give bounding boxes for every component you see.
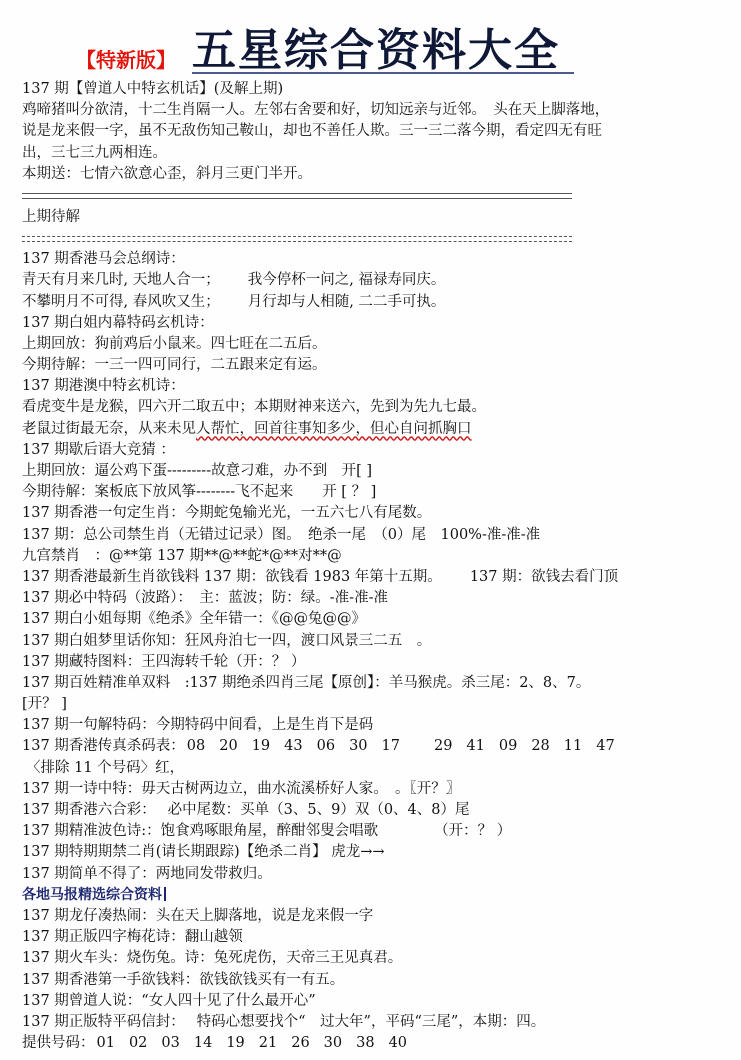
fax-number: 11 (564, 736, 582, 757)
fax-kill-table: 137 期香港传真杀码表：08201943063017294109281147 (22, 736, 737, 757)
gangao-line: 老鼠过街最无奈，从来未见人帮忙，回首往事知多少，但心自问抓胸口 (22, 419, 737, 440)
provided-number: 02 (129, 1033, 147, 1054)
fax-number: 30 (349, 736, 367, 757)
edition-badge: 【特新版】 (76, 44, 176, 73)
fax-heading: 137 期香港传真杀码表： (22, 736, 185, 757)
fax-number: 08 (187, 736, 205, 757)
provide-label: 提供号码： (22, 1033, 95, 1054)
hk-latest: 137 期香港最新生肖欲钱料 137 期：欲钱看 1983 年第十五期。137 … (22, 567, 737, 588)
hk-mark6: 137 期香港六合彩： 必中尾数：买单（3、5、9）双（0、4、8）尾 (22, 800, 737, 821)
gangao-heading: 137 期港澳中特玄机诗： (22, 376, 737, 397)
poem-half: 月行却与人相随, 二二手可执。 (248, 294, 446, 310)
provided-number: 26 (291, 1033, 309, 1054)
xiehouyu-heading: 137 期歇后语大竞猜 ： (22, 440, 737, 461)
hk-one-sentence: 137 期香港一句定生肖：今期蛇兔输光光，一五六七八有尾数。 (22, 503, 737, 524)
hk-latest-a: 137 期香港最新生肖欲钱料 137 期：欲钱看 1983 年第十五期。 (22, 569, 442, 585)
provided-numbers: 提供号码：01020314192126303840 (22, 1033, 737, 1054)
fax-note: 〈排除 11 个号码〉红， (22, 758, 737, 779)
poem-half: 我今停杯一问之, 福禄寿同庆。 (248, 272, 446, 288)
wave-poem-text: 137 期精准波色诗:：饱食鸡啄眼角屋，醉酣邻叟会唱歌 (22, 823, 378, 839)
hk-jockey-line: 青天有月来几时, 天地人合一；我今停杯一问之, 福禄寿同庆。 (22, 270, 737, 291)
ban-two: 137 期特期期禁二肖(请长期跟踪)【绝杀二肖】 虎龙→→ (22, 842, 737, 863)
baixing-open: [开？ ] (22, 694, 737, 715)
intro-heading: 137 期【曾道人中特玄机话】(及解上期) (22, 79, 737, 100)
double-separator (22, 185, 737, 206)
intro-poem-line: 出，三七三九两相连。 (22, 143, 737, 164)
selected-item: 137 期正版特平码信封： 特码心想要找个“ 过大年”，平码“三尾”，本期：四。 (22, 1012, 737, 1033)
nine-palace: 九宫禁肖 ：@**第 137 期**@**蛇*@**对**@ (22, 546, 737, 567)
spellcheck-underlined-text: 人帮忙，回首往事知多少，但心自问抓胸口 (196, 421, 472, 437)
fax-number: 20 (219, 736, 237, 757)
document-page: 【特新版】 五星综合资料大全 137 期【曾道人中特玄机话】(及解上期) 鸡啼猪… (0, 0, 741, 1060)
poem-hit: 137 期一诗中特：毋天古树两边立，曲水流溪桥好人家。 。〖开？〗 (22, 779, 737, 800)
provided-number: 19 (226, 1033, 244, 1054)
one-sentence-code: 137 期一句解特码：今期特码中间看，上是生肖下是码 (22, 715, 737, 736)
section-previous-title: 上期待解 (22, 207, 737, 228)
simple: 137 期简单不得了：两地同发带救归。 (22, 864, 737, 885)
hk-latest-b: 137 期：欲钱去看门顶 (470, 569, 618, 585)
poem-half: 不攀明月不可得, 春风吹又生； (22, 294, 220, 310)
section-selected-heading: 各地马报精选综合资料 (22, 885, 737, 906)
title-underline (192, 72, 574, 74)
baixing: 137 期百姓精准单双料 :137 期绝杀四肖三尾【原创】：羊马猴虎。杀三尾：2… (22, 673, 737, 694)
fax-number: 47 (596, 736, 614, 757)
company-ban: 137 期：总公司禁生肖（无错过记录）图。 绝杀一尾 （0）尾 100%-准-准… (22, 525, 737, 546)
hidden-chart: 137 期藏特图料：王四海转千轮（开：？ ） (22, 652, 737, 673)
wave-poem: 137 期精准波色诗:：饱食鸡啄眼角屋，醉酣邻叟会唱歌（开：？ ） (22, 821, 737, 842)
wave-poem-open: （开：？ ） (434, 823, 511, 839)
selected-item: 137 期火车头：烧伤兔。诗：兔死虎伤，天帝三王见真君。 (22, 948, 737, 969)
bai-heading: 137 期白姐内幕特码玄机诗： (22, 313, 737, 334)
fax-number: 19 (252, 736, 270, 757)
xiehouyu-prev: 上期回放：逼公鸡下蛋---------故意刁难，办不到 开[ ] (22, 461, 737, 482)
page-title: 五星综合资料大全 (192, 28, 560, 74)
xiehouyu-now: 今期待解：案板底下放风筝--------飞不起来 开 [ ？ ] (22, 482, 737, 503)
fax-number: 06 (317, 736, 335, 757)
intro-poem-line: 鸡啼猪叫分欲清，十二生肖隔一人。左邻右舍要和好，切知远亲与近邻。 头在天上脚落地… (22, 100, 737, 121)
provided-number: 40 (389, 1033, 407, 1054)
fax-number: 28 (531, 736, 549, 757)
section-selected-title: 各地马报精选综合资料 (22, 887, 162, 903)
fax-number: 43 (284, 736, 302, 757)
provided-number: 03 (161, 1033, 179, 1054)
fax-number: 29 (434, 736, 452, 757)
bai-prev: 上期回放：狗前鸡后小鼠来。四七旺在二五后。 (22, 334, 737, 355)
fax-number: 09 (499, 736, 517, 757)
intro-send: 本期送：七情六欲意心歪，斜月三更门半开。 (22, 164, 737, 185)
gangao-line: 看虎变牛是龙猴，四六开二取五中；本期财神来送六，先到为先九七最。 (22, 397, 737, 418)
poem-half: 青天有月来几时, 天地人合一； (22, 272, 220, 288)
miss-bai-kill: 137 期白小姐每期《绝杀》全年错一：《@@兔@@》 (22, 609, 737, 630)
bai-dream: 137 期白姐梦里话你知：狂风舟泊七一四，渡口风景三二五 。 (22, 631, 737, 652)
page-header: 【特新版】 五星综合资料大全 (0, 22, 741, 78)
bai-now: 今期待解：一三一四可同行，二五跟来定有运。 (22, 355, 737, 376)
hk-jockey-line: 不攀明月不可得, 春风吹又生；月行却与人相随, 二二手可执。 (22, 292, 737, 313)
hk-jockey-heading: 137 期香港马会总纲诗： (22, 249, 737, 270)
must-hit: 137 期必中特码（波路）： 主：蓝波；防：绿。-准-准-准 (22, 588, 737, 609)
text-cursor-icon (164, 887, 166, 901)
selected-item: 137 期曾道人说：“女人四十见了什么最开心” (22, 991, 737, 1012)
provided-number: 01 (97, 1033, 115, 1054)
fax-number: 41 (466, 736, 484, 757)
provided-number: 14 (194, 1033, 212, 1054)
selected-item: 137 期龙仔凑热闹：头在天上脚落地，说是龙来假一字 (22, 906, 737, 927)
selected-item: 137 期正版四字梅花诗：翻山越领 (22, 927, 737, 948)
intro-poem-line: 说是龙来假一字，虽不无敌伤知己鞍山，却也不善任人欺。三一三二落今期，看定四无有旺 (22, 121, 737, 142)
double-separator (22, 228, 737, 249)
provided-number: 38 (356, 1033, 374, 1054)
selected-item: 137 期香港第一手欲钱料：欲钱欲钱买有一有五。 (22, 970, 737, 991)
provided-number: 30 (324, 1033, 342, 1054)
fax-number: 17 (382, 736, 400, 757)
provided-number: 21 (259, 1033, 277, 1054)
document-content: 137 期【曾道人中特玄机话】(及解上期) 鸡啼猪叫分欲清，十二生肖隔一人。左邻… (22, 79, 737, 1054)
gangao-text: 老鼠过街最无奈，从来未见 (22, 421, 196, 437)
